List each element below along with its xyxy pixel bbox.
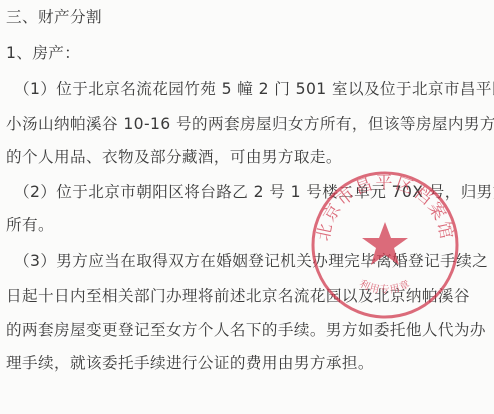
- section-heading: 三、财产分割: [6, 7, 102, 27]
- paragraph-line-7: 日起十日内至相关部门办理将前述北京名流花园以及北京纳帕溪谷: [6, 286, 470, 306]
- paragraph-line-2: 小汤山纳帕溪谷 10-16 号的两套房屋归女方所有，但该等房屋内男方: [6, 114, 494, 134]
- paragraph-line-9: 理手续，就该委托手续进行公证的费用由男方承担。: [6, 353, 374, 373]
- paragraph-line-3: 的个人用品、衣物及部分藏酒，可由男方取走。: [6, 147, 342, 167]
- paragraph-line-1: （1）位于北京名流花园竹苑 5 幢 2 门 501 室以及位于北京市昌平区: [14, 79, 494, 99]
- subsection-heading: 1、房产：: [6, 43, 80, 63]
- paragraph-line-5: 所有。: [6, 215, 54, 235]
- document-page: 三、财产分割 1、房产： （1）位于北京名流花园竹苑 5 幢 2 门 501 室…: [0, 0, 494, 414]
- paragraph-line-6: （3）男方应当在取得双方在婚姻登记机关办理完毕离婚登记手续之: [14, 251, 488, 271]
- paragraph-line-4: （2）位于北京市朝阳区将台路乙 2 号 1 号楼二单元 70X 号，归男方: [14, 182, 494, 202]
- paragraph-line-8: 的两套房屋变更登记至女方个人名下的手续。男方如委托他人代为办: [6, 320, 486, 340]
